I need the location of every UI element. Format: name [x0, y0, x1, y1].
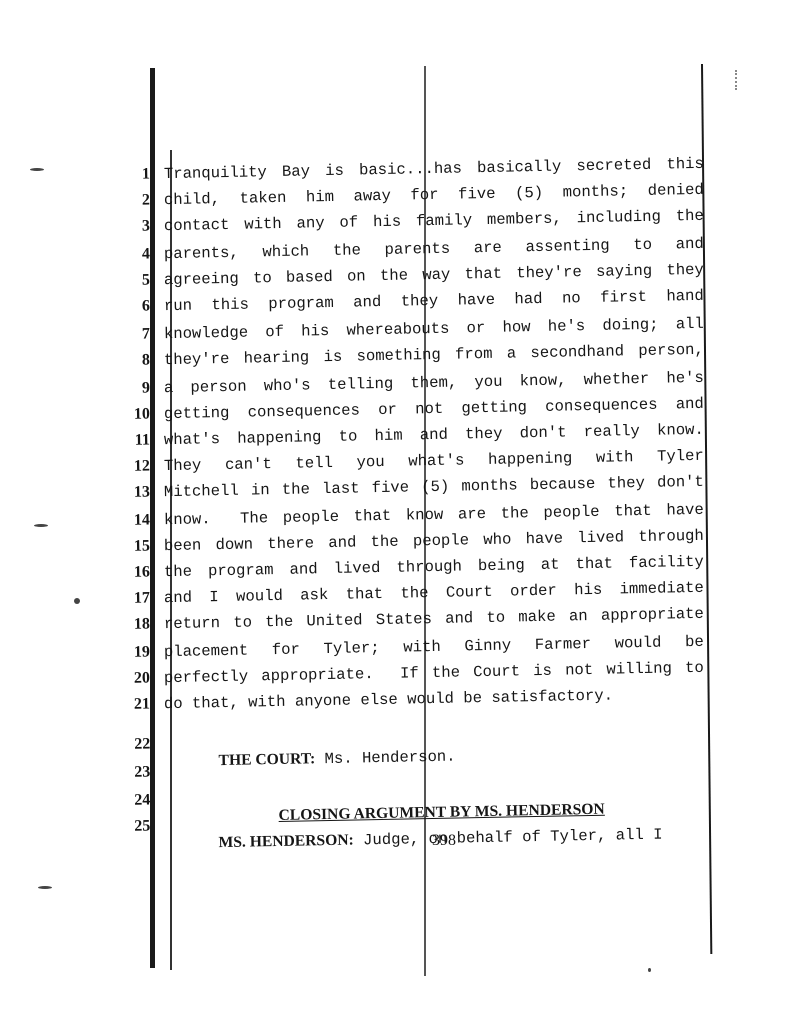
- scan-speck: [74, 598, 80, 604]
- speaker-label: MS. HENDERSON:: [218, 832, 353, 852]
- line-number: 12: [120, 457, 150, 476]
- line-text: Tranquility Bay is basic...has basically…: [164, 155, 704, 183]
- line-number: 6: [120, 297, 150, 316]
- scan-speck: [38, 886, 52, 889]
- scan-speck: [648, 968, 651, 972]
- line-number: 14: [120, 511, 150, 530]
- line-number: 5: [120, 271, 150, 290]
- line-number: 16: [120, 563, 150, 582]
- line-number: 9: [120, 379, 150, 398]
- scan-artifact: [735, 70, 739, 90]
- line-number: 10: [120, 405, 150, 424]
- line-number: 4: [120, 245, 150, 264]
- line-number: 3: [120, 217, 150, 236]
- line-number: 13: [120, 483, 150, 502]
- line-number: 15: [120, 537, 150, 556]
- line-number: 21: [120, 695, 150, 714]
- line-number: 20: [120, 669, 150, 688]
- spoken-text: Judge, on behalf of Tyler, all I: [354, 826, 663, 850]
- page-number: 398: [432, 832, 456, 850]
- line-number: 8: [120, 351, 150, 370]
- line-number: 17: [120, 589, 150, 608]
- line-number: 2: [120, 191, 150, 210]
- line-number: 11: [120, 431, 150, 450]
- line-number: 7: [120, 325, 150, 344]
- line-number: 19: [120, 643, 150, 662]
- line-number: 18: [120, 615, 150, 634]
- scan-speck: [34, 524, 48, 527]
- line-number: 25: [120, 817, 150, 836]
- scan-speck: [30, 168, 44, 171]
- transcript-page: 1Tranquility Bay is basic...has basicall…: [0, 0, 803, 1018]
- line-number: 1: [120, 165, 150, 184]
